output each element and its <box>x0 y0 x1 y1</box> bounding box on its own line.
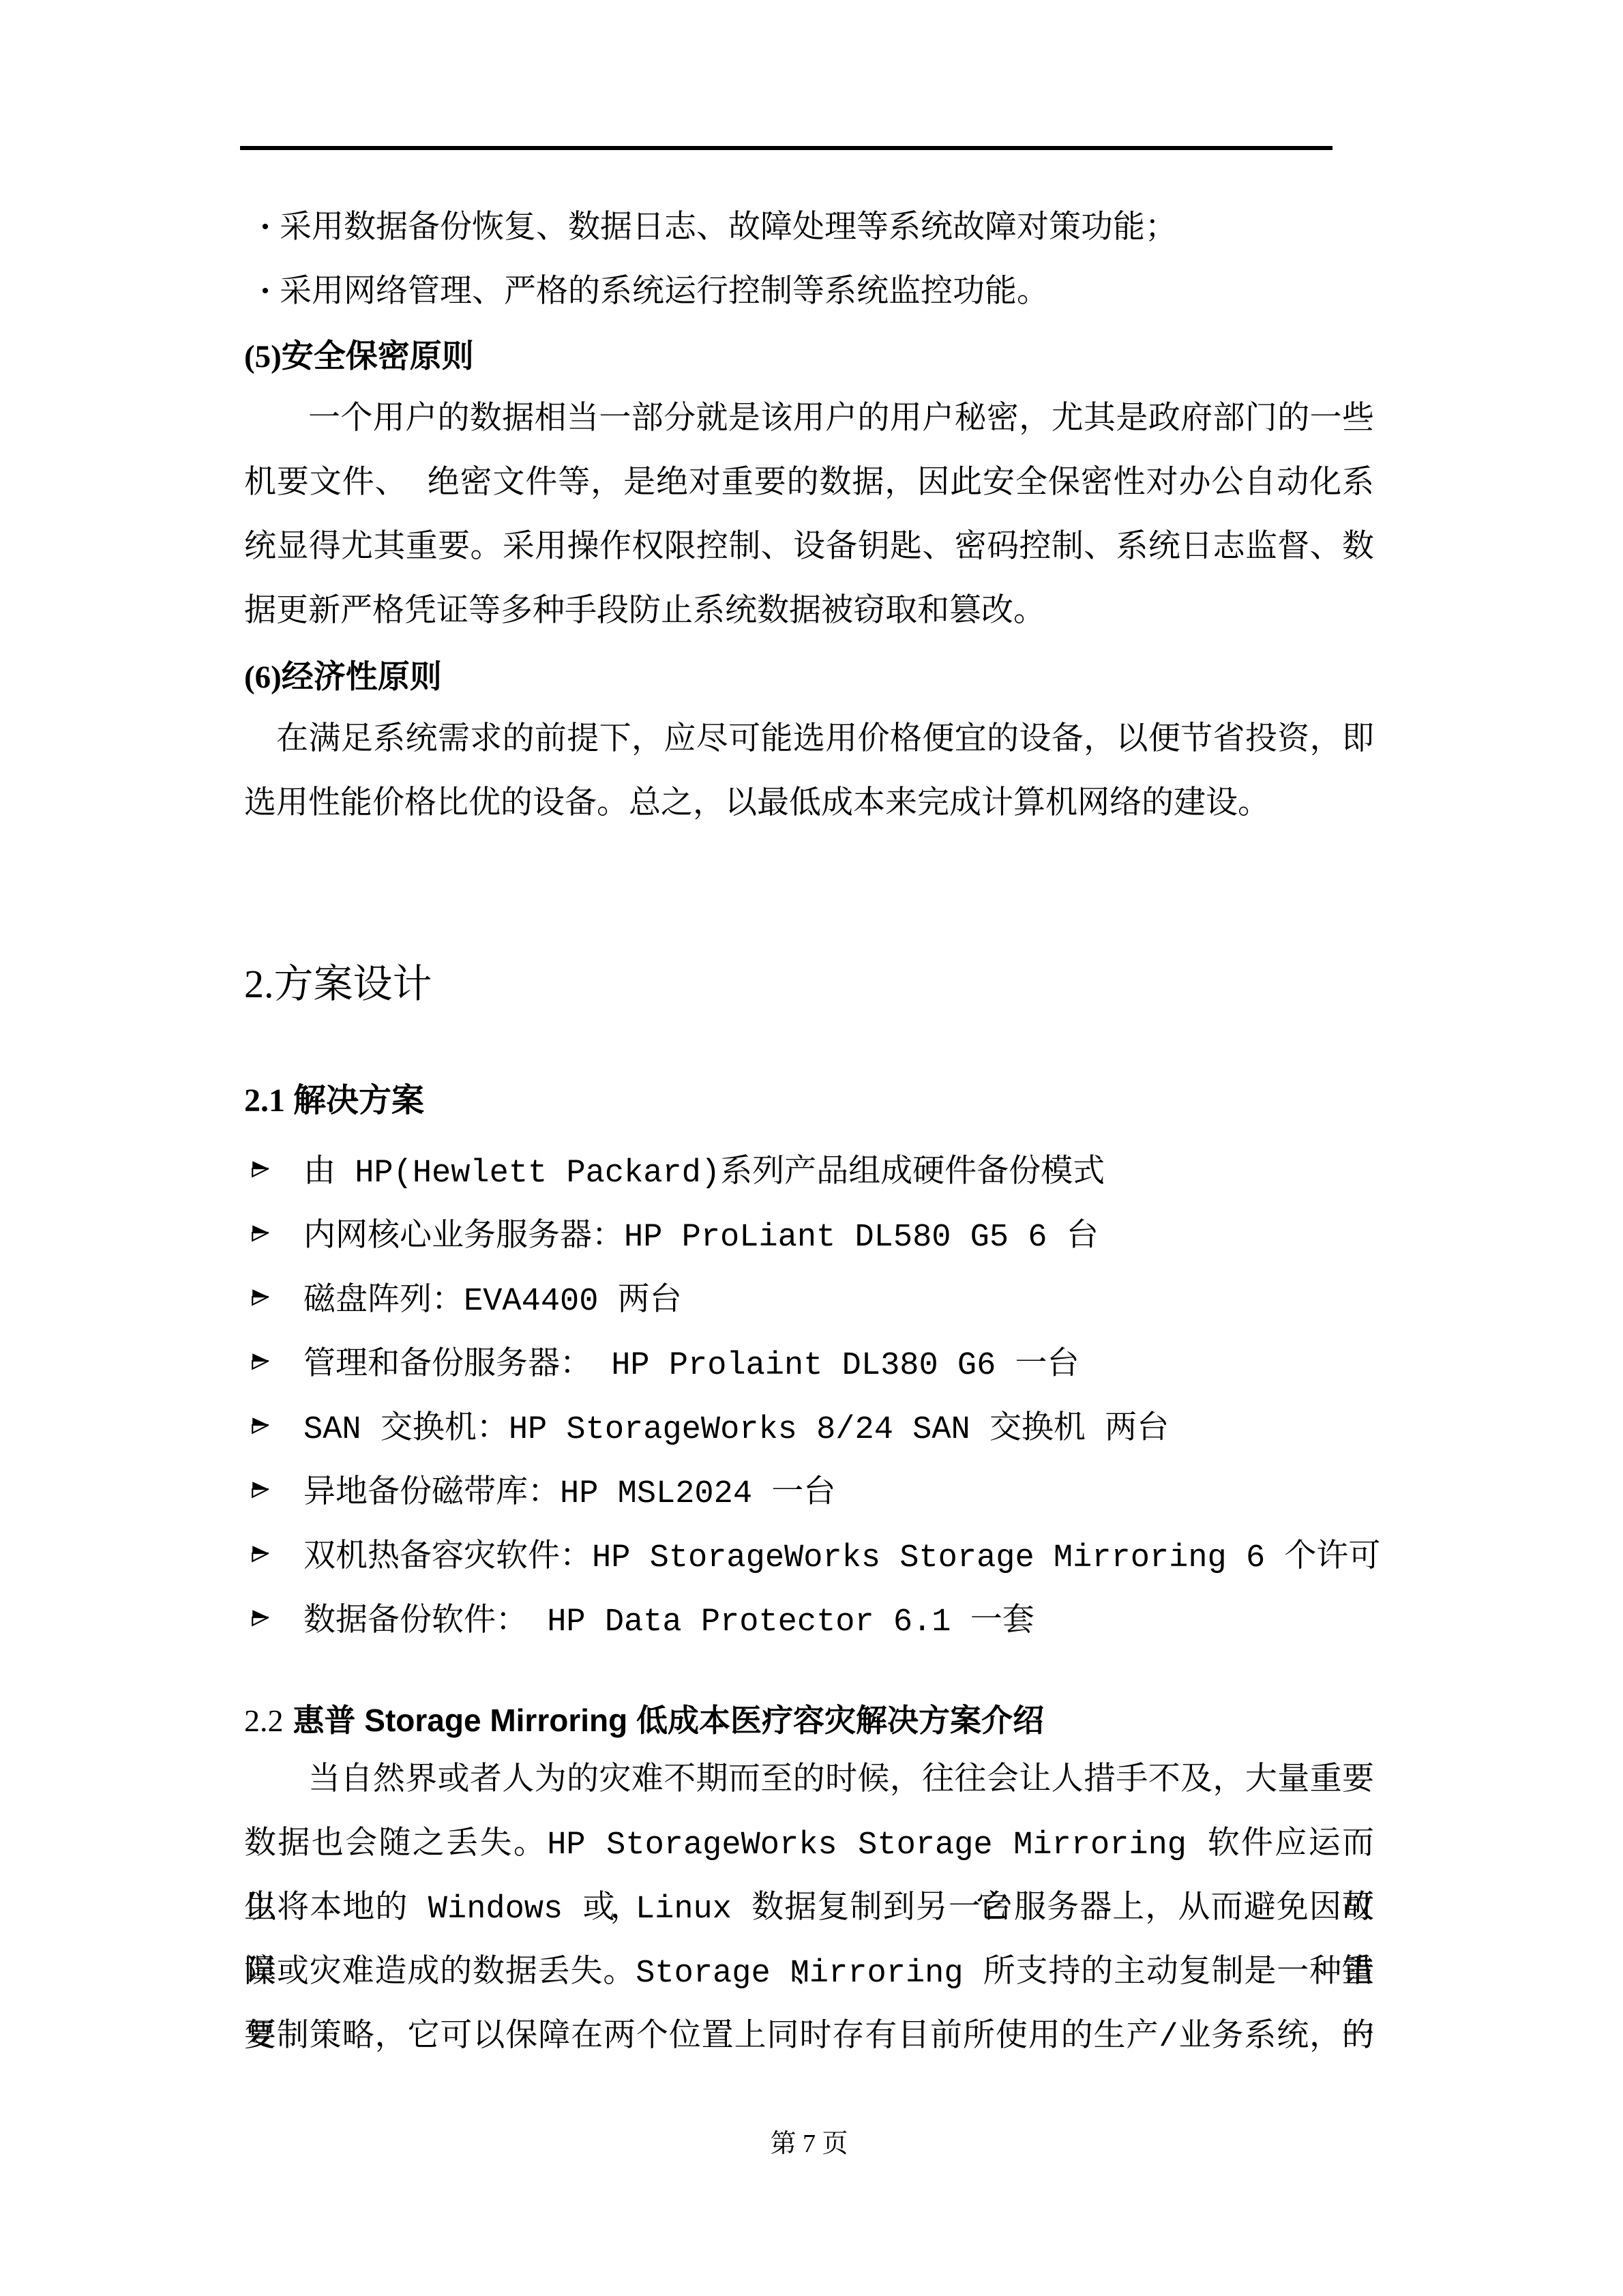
paragraph-line: 误或灾难造成的数据丢失。Storage Mirroring 所支持的主动复制是一… <box>244 1942 1374 2006</box>
arrow-bullet-icon <box>250 1415 271 1435</box>
list-item-text: 由 HP(Hewlett Packard)系列产品组成硬件备份模式 <box>303 1145 1105 1192</box>
list-item: 管理和备份服务器： HP Prolaint DL380 G6 一台 <box>244 1329 1374 1393</box>
list-item-text: 管理和备份服务器： HP Prolaint DL380 G6 一台 <box>303 1338 1079 1384</box>
arrow-bullet-icon <box>250 1158 271 1179</box>
principle-bullet-list: •采用数据备份恢复、数据日志、故障处理等系统故障对策功能； •采用网络管理、严格… <box>244 196 1374 325</box>
section6-heading: (6)经济性原则 <box>244 645 1374 709</box>
arrow-bullet-icon <box>250 1351 271 1371</box>
bullet-text: 采用网络管理、严格的系统运行控制等系统监控功能。 <box>280 276 1049 312</box>
paragraph-line: 选用性能价格比优的设备。总之，以最低成本来完成计算机网络的建设。 <box>244 774 1374 838</box>
list-item-text: 异地备份磁带库：HP MSL2024 一台 <box>303 1466 835 1512</box>
bullet-text: 采用数据备份恢复、数据日志、故障处理等系统故障对策功能； <box>280 211 1177 248</box>
arrow-bullet-icon <box>250 1222 271 1243</box>
section22-heading: 2.2惠普 Storage Mirroring 低成本医疗容灾解决方案介绍 <box>244 1688 1374 1752</box>
section22-number: 2.2 <box>244 1703 284 1738</box>
paragraph-line: 统显得尤其重要。采用操作权限控制、设备钥匙、密码控制、系统日志监督、数 <box>244 517 1374 581</box>
paragraph-line: 以将本地的 Windows 或 Linux 数据复制到另一台服务器上，从而避免因… <box>244 1878 1374 1942</box>
list-item: 数据备份软件： HP Data Protector 6.1 一套 <box>244 1585 1374 1649</box>
chapter2-heading: 2.方案设计 <box>244 947 1374 1022</box>
header-rule <box>240 146 1332 150</box>
list-item-text: 磁盘阵列：EVA4400 两台 <box>303 1274 682 1320</box>
list-item-text: SAN 交换机：HP StorageWorks 8/24 SAN 交换机 两台 <box>303 1402 1169 1448</box>
paragraph-line: 复制策略，它可以保障在两个位置上同时存有目前所使用的生产/业务系统，一 <box>244 2006 1374 2070</box>
paragraph-line: 机要文件、 绝密文件等，是绝对重要的数据，因此安全保密性对办公自动化系 <box>244 453 1374 517</box>
list-item: 异地备份磁带库：HP MSL2024 一台 <box>244 1457 1374 1521</box>
list-item: •采用网络管理、严格的系统运行控制等系统监控功能。 <box>244 261 1374 325</box>
arrow-bullet-icon <box>250 1479 271 1499</box>
dot-bullet-icon: • <box>259 261 280 325</box>
solution-list: 由 HP(Hewlett Packard)系列产品组成硬件备份模式 内网核心业务… <box>244 1136 1374 1649</box>
list-item: 内网核心业务服务器：HP ProLiant DL580 G5 6 台 <box>244 1201 1374 1265</box>
list-item-text: 双机热备容灾软件：HP StorageWorks Storage Mirrori… <box>303 1530 1380 1576</box>
paragraph-line: 数据也会随之丢失。HP StorageWorks Storage Mirrori… <box>244 1814 1374 1878</box>
list-item-text: 数据备份软件： HP Data Protector 6.1 一套 <box>303 1594 1034 1640</box>
arrow-bullet-icon <box>250 1607 271 1628</box>
list-item: 磁盘阵列：EVA4400 两台 <box>244 1265 1374 1329</box>
section22-paragraph: 当自然界或者人为的灾难不期而至的时候，往往会让人措手不及，大量重要 数据也会随之… <box>244 1750 1374 2070</box>
paragraph-line: 当自然界或者人为的灾难不期而至的时候，往往会让人措手不及，大量重要 <box>244 1750 1374 1814</box>
page-number: 第 7 页 <box>244 2123 1374 2164</box>
section5-heading: (5)安全保密原则 <box>244 325 1374 389</box>
dot-bullet-icon: • <box>259 196 280 261</box>
paragraph-line: 一个用户的数据相当一部分就是该用户的用户秘密，尤其是政府部门的一些 <box>244 389 1374 453</box>
list-item: •采用数据备份恢复、数据日志、故障处理等系统故障对策功能； <box>244 196 1374 261</box>
section22-title: 惠普 Storage Mirroring 低成本医疗容灾解决方案介绍 <box>293 1703 1044 1738</box>
paragraph-line: 在满足系统需求的前提下，应尽可能选用价格便宜的设备，以便节省投资，即 <box>244 709 1374 774</box>
list-item: SAN 交换机：HP StorageWorks 8/24 SAN 交换机 两台 <box>244 1393 1374 1457</box>
arrow-bullet-icon <box>250 1286 271 1307</box>
document-page: •采用数据备份恢复、数据日志、故障处理等系统故障对策功能； •采用网络管理、严格… <box>0 0 1623 2296</box>
list-item: 由 HP(Hewlett Packard)系列产品组成硬件备份模式 <box>244 1136 1374 1201</box>
section6-paragraph: 在满足系统需求的前提下，应尽可能选用价格便宜的设备，以便节省投资，即 选用性能价… <box>244 709 1374 838</box>
paragraph-line: 据更新严格凭证等多种手段防止系统数据被窃取和篡改。 <box>244 581 1374 645</box>
section5-paragraph: 一个用户的数据相当一部分就是该用户的用户秘密，尤其是政府部门的一些 机要文件、 … <box>244 389 1374 645</box>
section21-heading: 2.1 解决方案 <box>244 1069 1374 1133</box>
list-item-text: 内网核心业务服务器：HP ProLiant DL580 G5 6 台 <box>303 1209 1099 1256</box>
list-item: 双机热备容灾软件：HP StorageWorks Storage Mirrori… <box>244 1521 1374 1585</box>
arrow-bullet-icon <box>250 1543 271 1563</box>
